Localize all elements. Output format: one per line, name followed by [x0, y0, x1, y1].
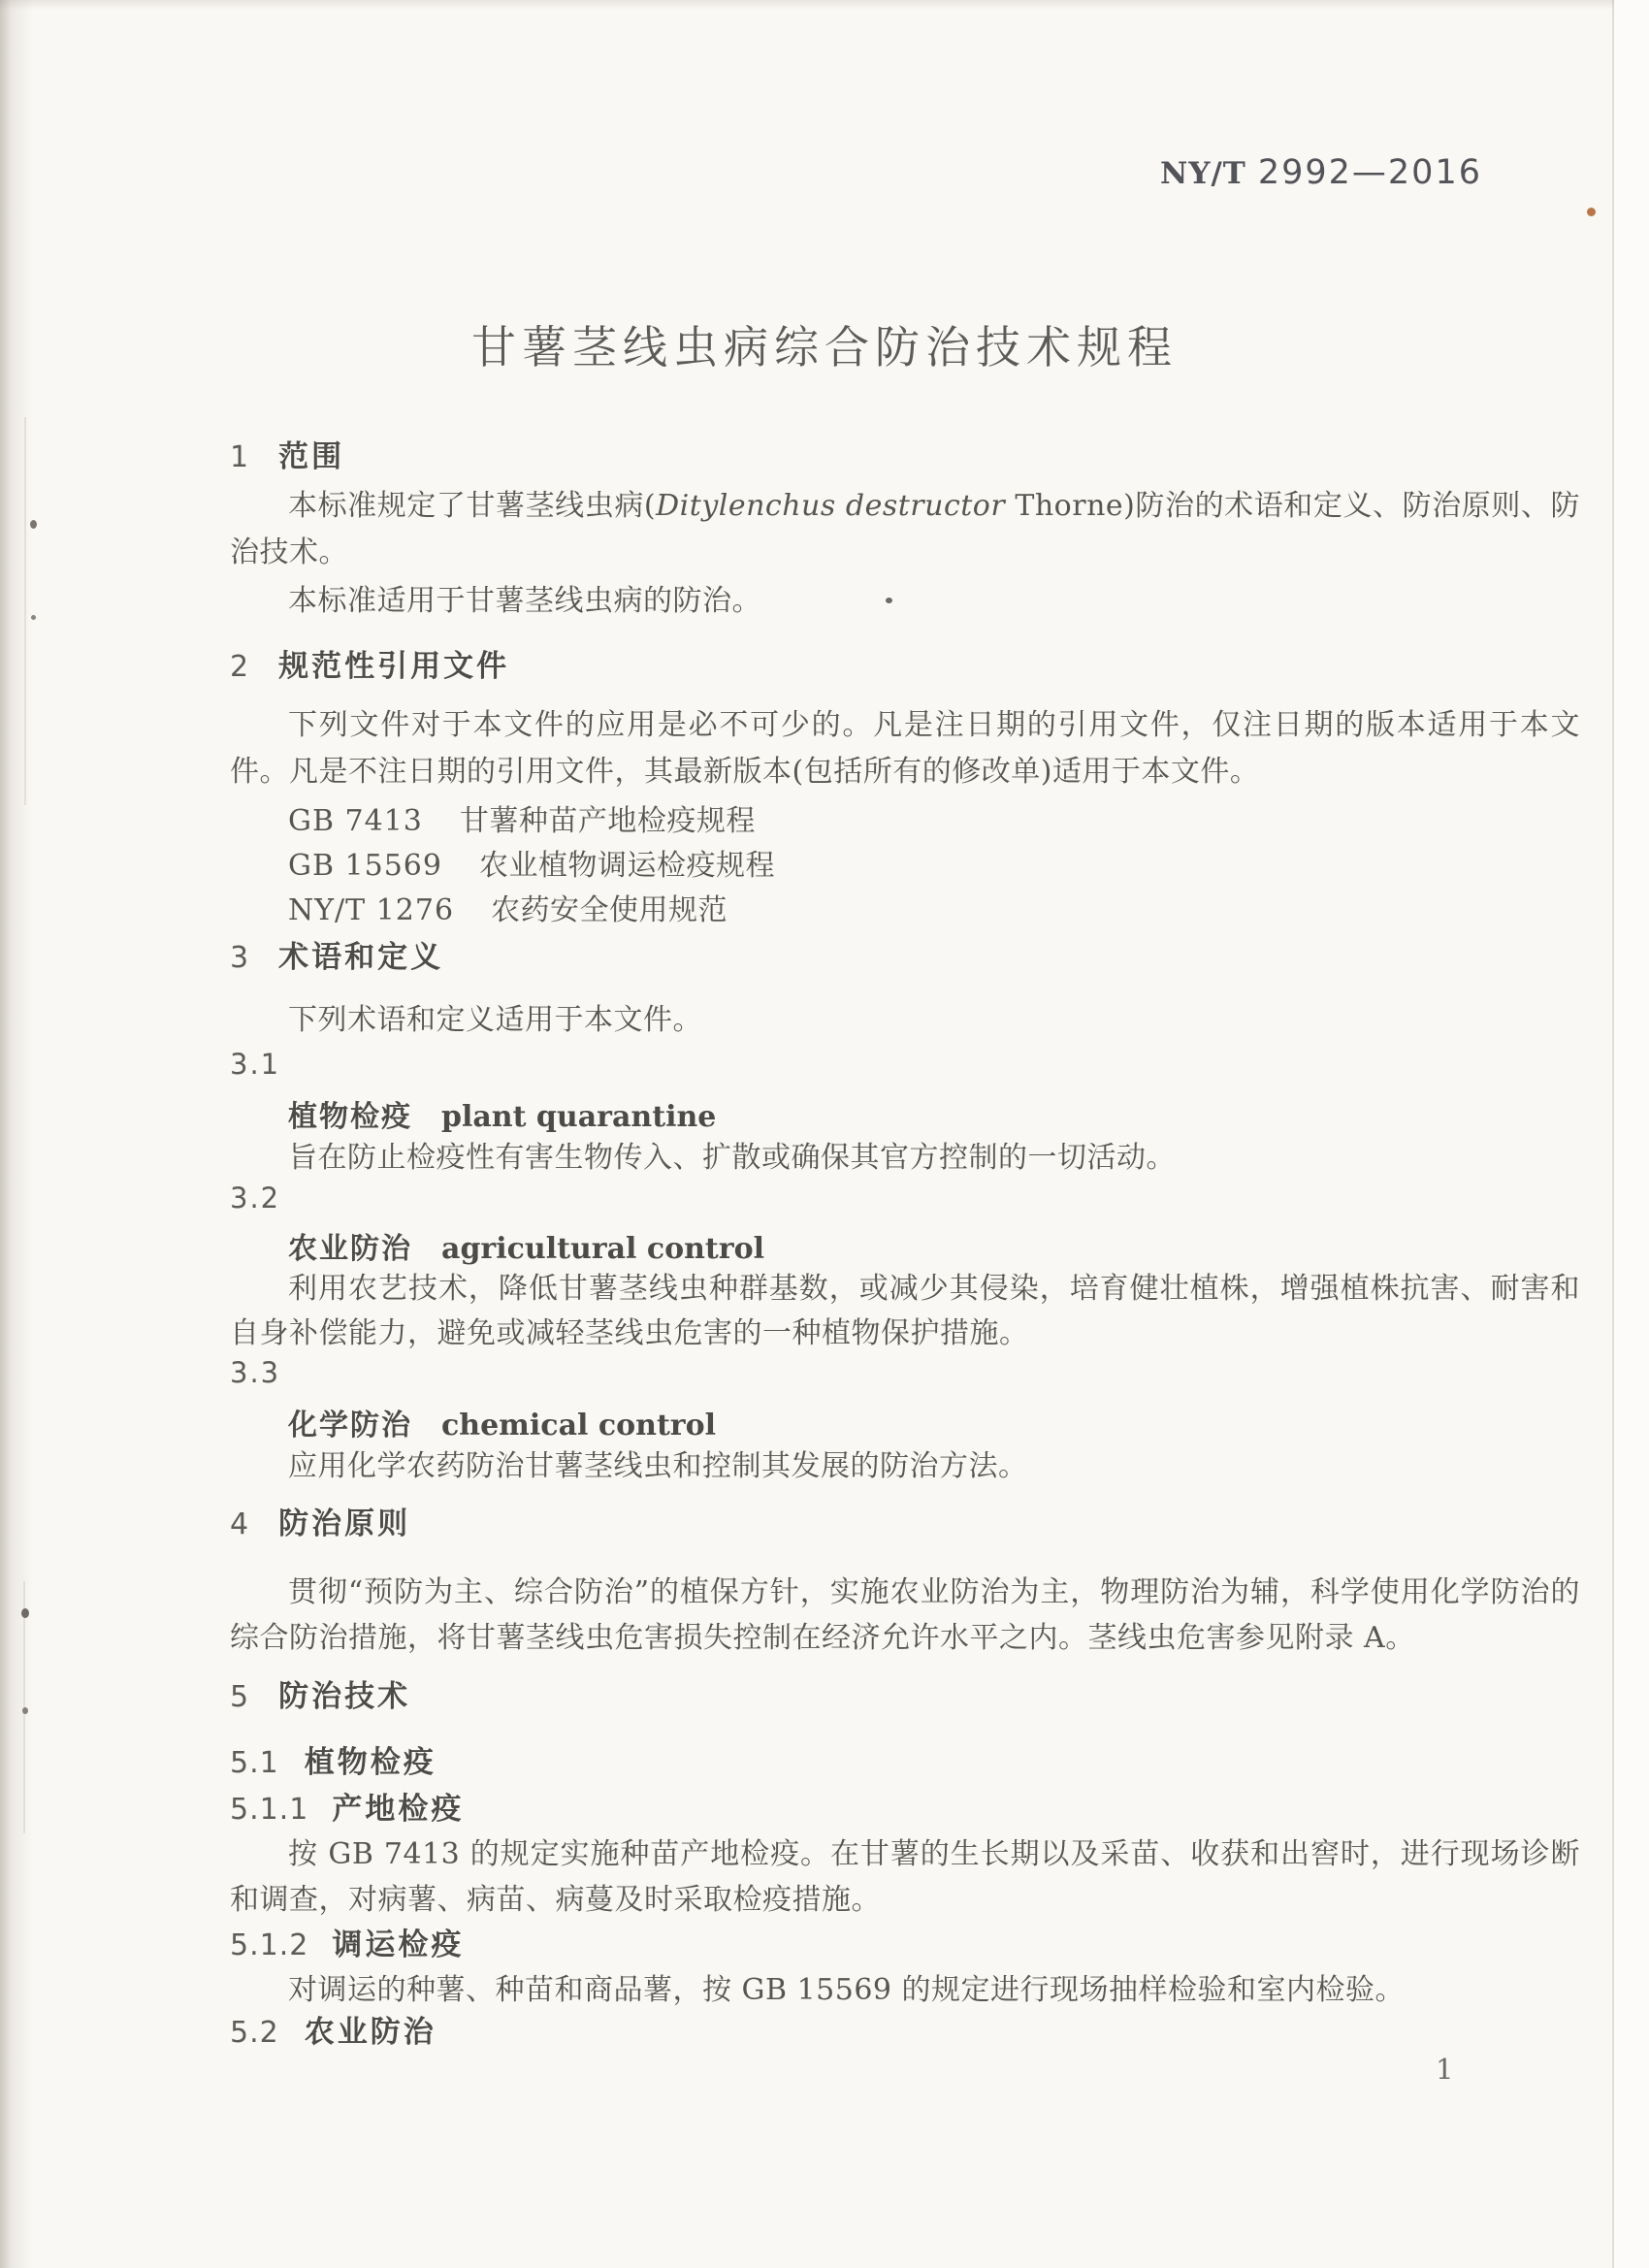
term-1-title-en: plant quarantine	[441, 1100, 716, 1134]
section-1-title: 范围	[278, 439, 344, 474]
reference-item: NY/T 1276农药安全使用规范	[230, 889, 1638, 933]
section-5-heading: 5防治技术	[230, 1676, 1580, 1722]
section-5-1-1-number: 5.1.1	[230, 1793, 308, 1827]
scan-crease-upper	[24, 417, 26, 805]
section-3-title: 术语和定义	[278, 940, 443, 975]
term-3-title-zh: 化学防治	[288, 1409, 412, 1442]
term-2-title-zh: 农业防治	[288, 1232, 412, 1266]
section-1-heading: 1范围	[230, 437, 1580, 482]
reference-item: GB 15569农业植物调运检疫规程	[230, 844, 1638, 889]
section-5-2-number: 5.2	[230, 2016, 279, 2050]
page-number: 1	[1436, 2053, 1453, 2086]
reference-code: NY/T 1276	[288, 893, 454, 927]
document-title: 甘薯茎线虫病综合防治技术规程	[0, 312, 1649, 376]
section-2-title: 规范性引用文件	[278, 649, 509, 684]
standard-code-number: 2992—2016	[1258, 153, 1482, 192]
scan-speck	[31, 615, 36, 620]
section-5-1-number: 5.1	[230, 1746, 279, 1780]
section-3-heading: 3术语和定义	[230, 937, 1580, 983]
origin-quarantine-paragraph: 按 GB 7413 的规定实施种苗产地检疫。在甘薯的生长期以及采苗、收获和出窖时…	[230, 1831, 1580, 1923]
principles-paragraph: 贯彻“预防为主、综合防治”的植保方针，实施农业防治为主，物理防治为辅，科学使用化…	[230, 1570, 1580, 1661]
reference-code: GB 15569	[288, 849, 442, 883]
scan-speck	[30, 520, 37, 529]
scope-latin-name: Ditylenchus destructor	[656, 489, 1005, 523]
section-5-number: 5	[230, 1680, 249, 1714]
term-2-number: 3.2	[230, 1182, 1580, 1215]
term-2-definition: 利用农艺技术，降低甘薯茎线虫种群基数，或减少其侵染，培育健壮植株，增强植株抗害、…	[230, 1267, 1580, 1356]
reference-item: GB 7413甘薯种苗产地检疫规程	[230, 799, 1638, 844]
section-5-1-1-heading: 5.1.1产地检疫	[230, 1789, 1580, 1834]
scan-speck	[21, 1608, 29, 1618]
term-3-title-en: chemical control	[441, 1409, 716, 1442]
term-1-title-zh: 植物检疫	[288, 1100, 412, 1134]
term-1-title: 植物检疫plant quarantine	[230, 1092, 1638, 1135]
section-5-1-2-heading: 5.1.2调运检疫	[230, 1925, 1580, 1970]
term-2-title: 农业防治agricultural control	[230, 1224, 1638, 1267]
standard-code: NY/T2992—2016	[1160, 153, 1482, 192]
reference-name: 农药安全使用规范	[491, 893, 727, 927]
section-5-2-title: 农业防治	[305, 2015, 436, 2050]
section-5-title: 防治技术	[278, 1679, 410, 1714]
orange-dot-mark	[1587, 208, 1596, 216]
reference-name: 甘薯种苗产地检疫规程	[460, 804, 756, 838]
section-2-heading: 2规范性引用文件	[230, 646, 1580, 692]
term-2-title-en: agricultural control	[441, 1232, 764, 1266]
term-1-number: 3.1	[230, 1048, 1580, 1081]
scope-paragraph-2: 本标准适用于甘薯茎线虫病的防治。	[230, 578, 1580, 625]
term-3-definition: 应用化学农药防治甘薯茎线虫和控制其发展的防治方法。	[230, 1443, 1580, 1490]
section-5-1-1-title: 产地检疫	[332, 1792, 464, 1827]
term-3-number: 3.3	[230, 1356, 1580, 1389]
section-4-title: 防治原则	[278, 1507, 410, 1541]
section-5-1-2-title: 调运检疫	[332, 1928, 464, 1962]
scanned-document-page: NY/T2992—2016 甘薯茎线虫病综合防治技术规程 1范围 本标准规定了甘…	[0, 0, 1649, 2268]
references-intro: 下列文件对于本文件的应用是必不可少的。凡是注日期的引用文件，仅注日期的版本适用于…	[230, 702, 1580, 795]
standard-code-prefix: NY/T	[1160, 156, 1246, 191]
page-top-edge-shadow	[0, 0, 1649, 10]
section-3-number: 3	[230, 941, 249, 975]
section-5-2-heading: 5.2农业防治	[230, 2012, 1580, 2057]
transport-quarantine-paragraph: 对调运的种薯、种苗和商品薯，按 GB 15569 的规定进行现场抽样检验和室内检…	[230, 1967, 1580, 2014]
scope-paragraph-1: 本标准规定了甘薯茎线虫病(Ditylenchus destructor Thor…	[230, 483, 1580, 576]
section-4-heading: 4防治原则	[230, 1504, 1580, 1549]
reference-code: GB 7413	[288, 804, 423, 838]
scan-speck	[22, 1707, 28, 1714]
section-4-number: 4	[230, 1507, 249, 1541]
section-5-1-2-number: 5.1.2	[230, 1928, 308, 1962]
section-2-number: 2	[230, 650, 249, 684]
term-1-definition: 旨在防止检疫性有害生物传入、扩散或确保其官方控制的一切活动。	[230, 1135, 1580, 1182]
terms-intro: 下列术语和定义适用于本文件。	[230, 997, 1580, 1044]
reference-name: 农业植物调运检疫规程	[479, 849, 775, 883]
section-5-1-title: 植物检疫	[305, 1745, 436, 1780]
section-1-number: 1	[230, 440, 249, 474]
term-3-title: 化学防治chemical control	[230, 1401, 1638, 1443]
scope-paragraph-1-before: 本标准规定了甘薯茎线虫病(	[288, 489, 656, 523]
section-5-1-heading: 5.1植物检疫	[230, 1742, 1580, 1788]
